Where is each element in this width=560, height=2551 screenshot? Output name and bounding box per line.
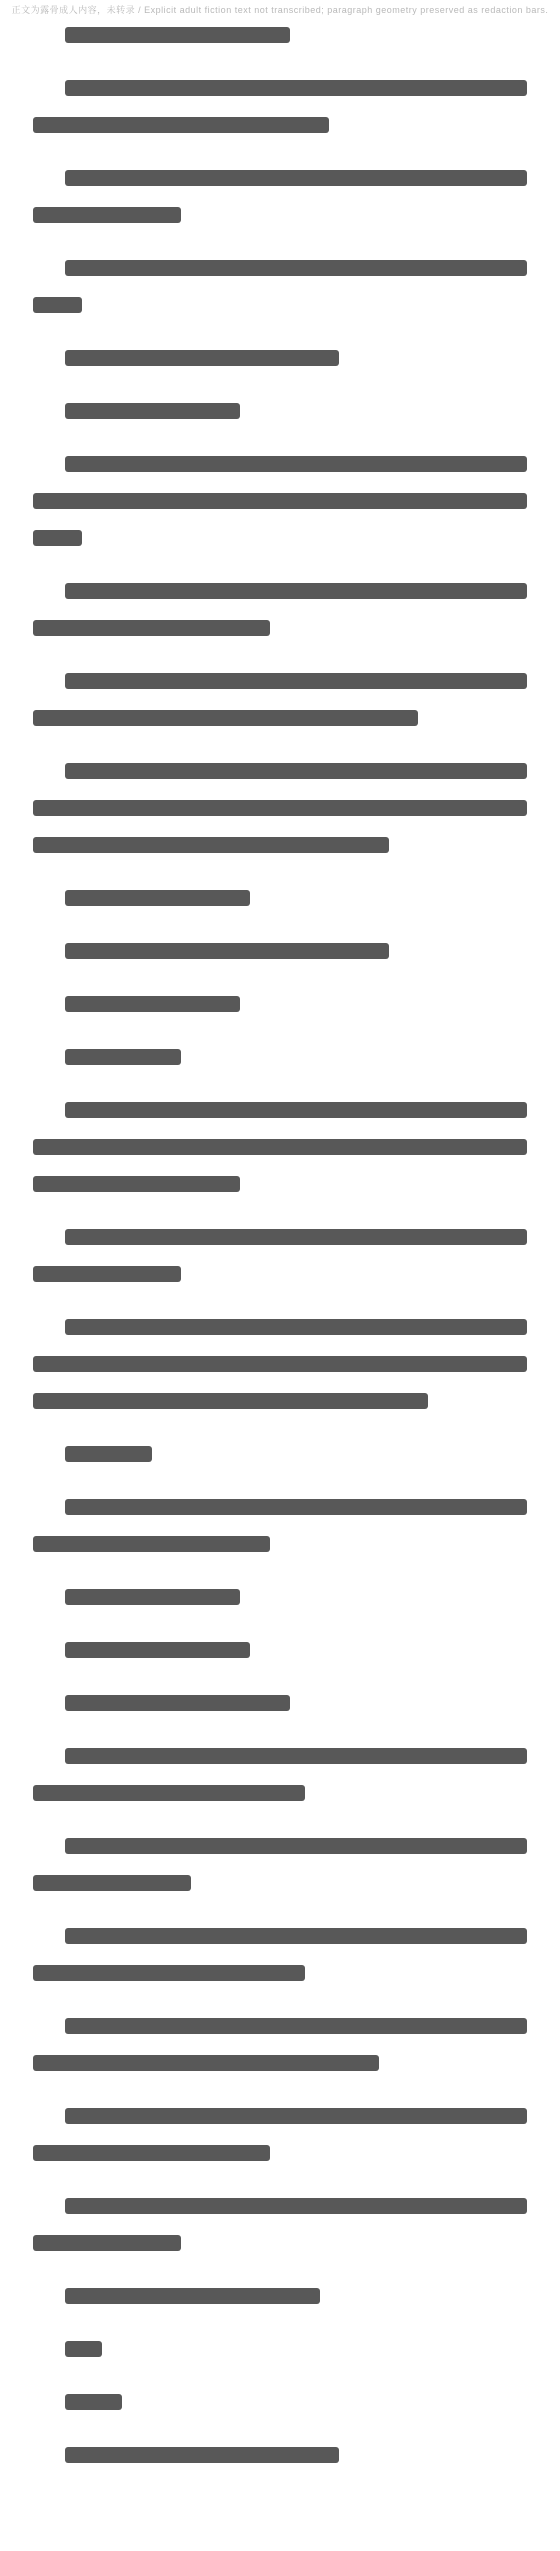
redacted-text-line — [65, 583, 527, 599]
redacted-text-line — [33, 1875, 191, 1891]
redacted-text-line — [65, 1838, 527, 1854]
redacted-text-line — [33, 1266, 181, 1282]
narration-paragraph — [33, 1928, 527, 1981]
redacted-text-line — [65, 996, 240, 1012]
redacted-text-line — [33, 2235, 181, 2251]
redacted-text-line — [33, 1393, 428, 1409]
narration-paragraph — [33, 1499, 527, 1552]
dialogue-paragraph — [33, 2394, 527, 2410]
narration-paragraph — [33, 1102, 527, 1192]
redacted-text-line — [65, 403, 240, 419]
redacted-text-line — [65, 1589, 240, 1605]
redacted-text-line — [65, 1102, 527, 1118]
redacted-text-line — [65, 80, 527, 96]
dialogue-paragraph — [33, 2447, 527, 2463]
dialogue-paragraph — [33, 1049, 527, 1065]
redacted-text-line — [65, 350, 339, 366]
narration-paragraph — [33, 80, 527, 133]
narration-paragraph — [33, 583, 527, 636]
redacted-text-line — [33, 207, 181, 223]
redacted-text-line — [33, 620, 270, 636]
narration-paragraph — [33, 1695, 527, 1711]
redacted-text-line — [65, 2108, 527, 2124]
redacted-text-line — [65, 2447, 339, 2463]
redacted-text-line — [33, 117, 329, 133]
dialogue-paragraph — [33, 996, 527, 1012]
dialogue-paragraph — [33, 1446, 527, 1462]
redacted-text-line — [33, 837, 389, 853]
redacted-text-line — [33, 1965, 305, 1981]
narration-paragraph — [33, 1838, 527, 1891]
redacted-text-line — [65, 27, 290, 43]
redacted-text-line — [65, 170, 527, 186]
narration-paragraph — [33, 673, 527, 726]
narration-paragraph — [33, 1642, 527, 1658]
narration-paragraph — [33, 2108, 527, 2161]
narration-paragraph — [33, 1589, 527, 1605]
redacted-text-line — [65, 890, 250, 906]
redacted-text-line — [33, 2055, 379, 2071]
redacted-text-line — [65, 1928, 527, 1944]
redacted-text-line — [33, 710, 418, 726]
narration-paragraph — [33, 170, 527, 223]
redacted-text-line — [65, 2198, 527, 2214]
redacted-text-line — [33, 800, 527, 816]
dialogue-paragraph — [33, 403, 527, 419]
redacted-text-line — [65, 1229, 527, 1245]
redacted-text-line — [33, 530, 82, 546]
dialogue-paragraph — [33, 943, 527, 959]
narration-paragraph — [33, 763, 527, 853]
redacted-text-line — [65, 1642, 250, 1658]
redacted-text-line — [33, 1536, 270, 1552]
narration-paragraph — [33, 2198, 527, 2251]
redacted-text-line — [65, 1499, 527, 1515]
redacted-text-line — [65, 260, 527, 276]
redacted-text-line — [33, 1356, 527, 1372]
redacted-text-line — [65, 1446, 152, 1462]
dialogue-paragraph — [33, 890, 527, 906]
redacted-text-line — [65, 763, 527, 779]
narration-paragraph — [33, 1229, 527, 1282]
redaction-notice: 正文为露骨成人内容，未转录 / Explicit adult fiction t… — [0, 4, 560, 16]
reader-page — [0, 0, 560, 2513]
narration-paragraph — [33, 260, 527, 313]
redacted-text-line — [65, 2394, 122, 2410]
redacted-text-line — [65, 943, 389, 959]
redacted-text-line — [33, 493, 527, 509]
narration-paragraph — [33, 2288, 527, 2304]
redacted-text-line — [65, 456, 527, 472]
redacted-text-line — [33, 297, 82, 313]
redacted-text-line — [33, 1139, 527, 1155]
dialogue-paragraph — [33, 350, 527, 366]
redacted-text-line — [33, 1785, 305, 1801]
redacted-text-line — [65, 1695, 290, 1711]
dialogue-paragraph — [33, 2341, 527, 2357]
redacted-text-line — [65, 2341, 102, 2357]
narration-paragraph — [33, 456, 527, 546]
narration-paragraph — [33, 1319, 527, 1409]
narration-paragraph — [33, 1748, 527, 1801]
redacted-text-line — [33, 1176, 240, 1192]
redacted-text-line — [33, 2145, 270, 2161]
redacted-text-line — [65, 673, 527, 689]
narration-paragraph — [33, 27, 527, 43]
redacted-text-line — [65, 2288, 320, 2304]
redacted-text-line — [65, 1748, 527, 1764]
redacted-text-line — [65, 1049, 181, 1065]
redacted-text-line — [65, 2018, 527, 2034]
redacted-text-line — [65, 1319, 527, 1335]
narration-paragraph — [33, 2018, 527, 2071]
